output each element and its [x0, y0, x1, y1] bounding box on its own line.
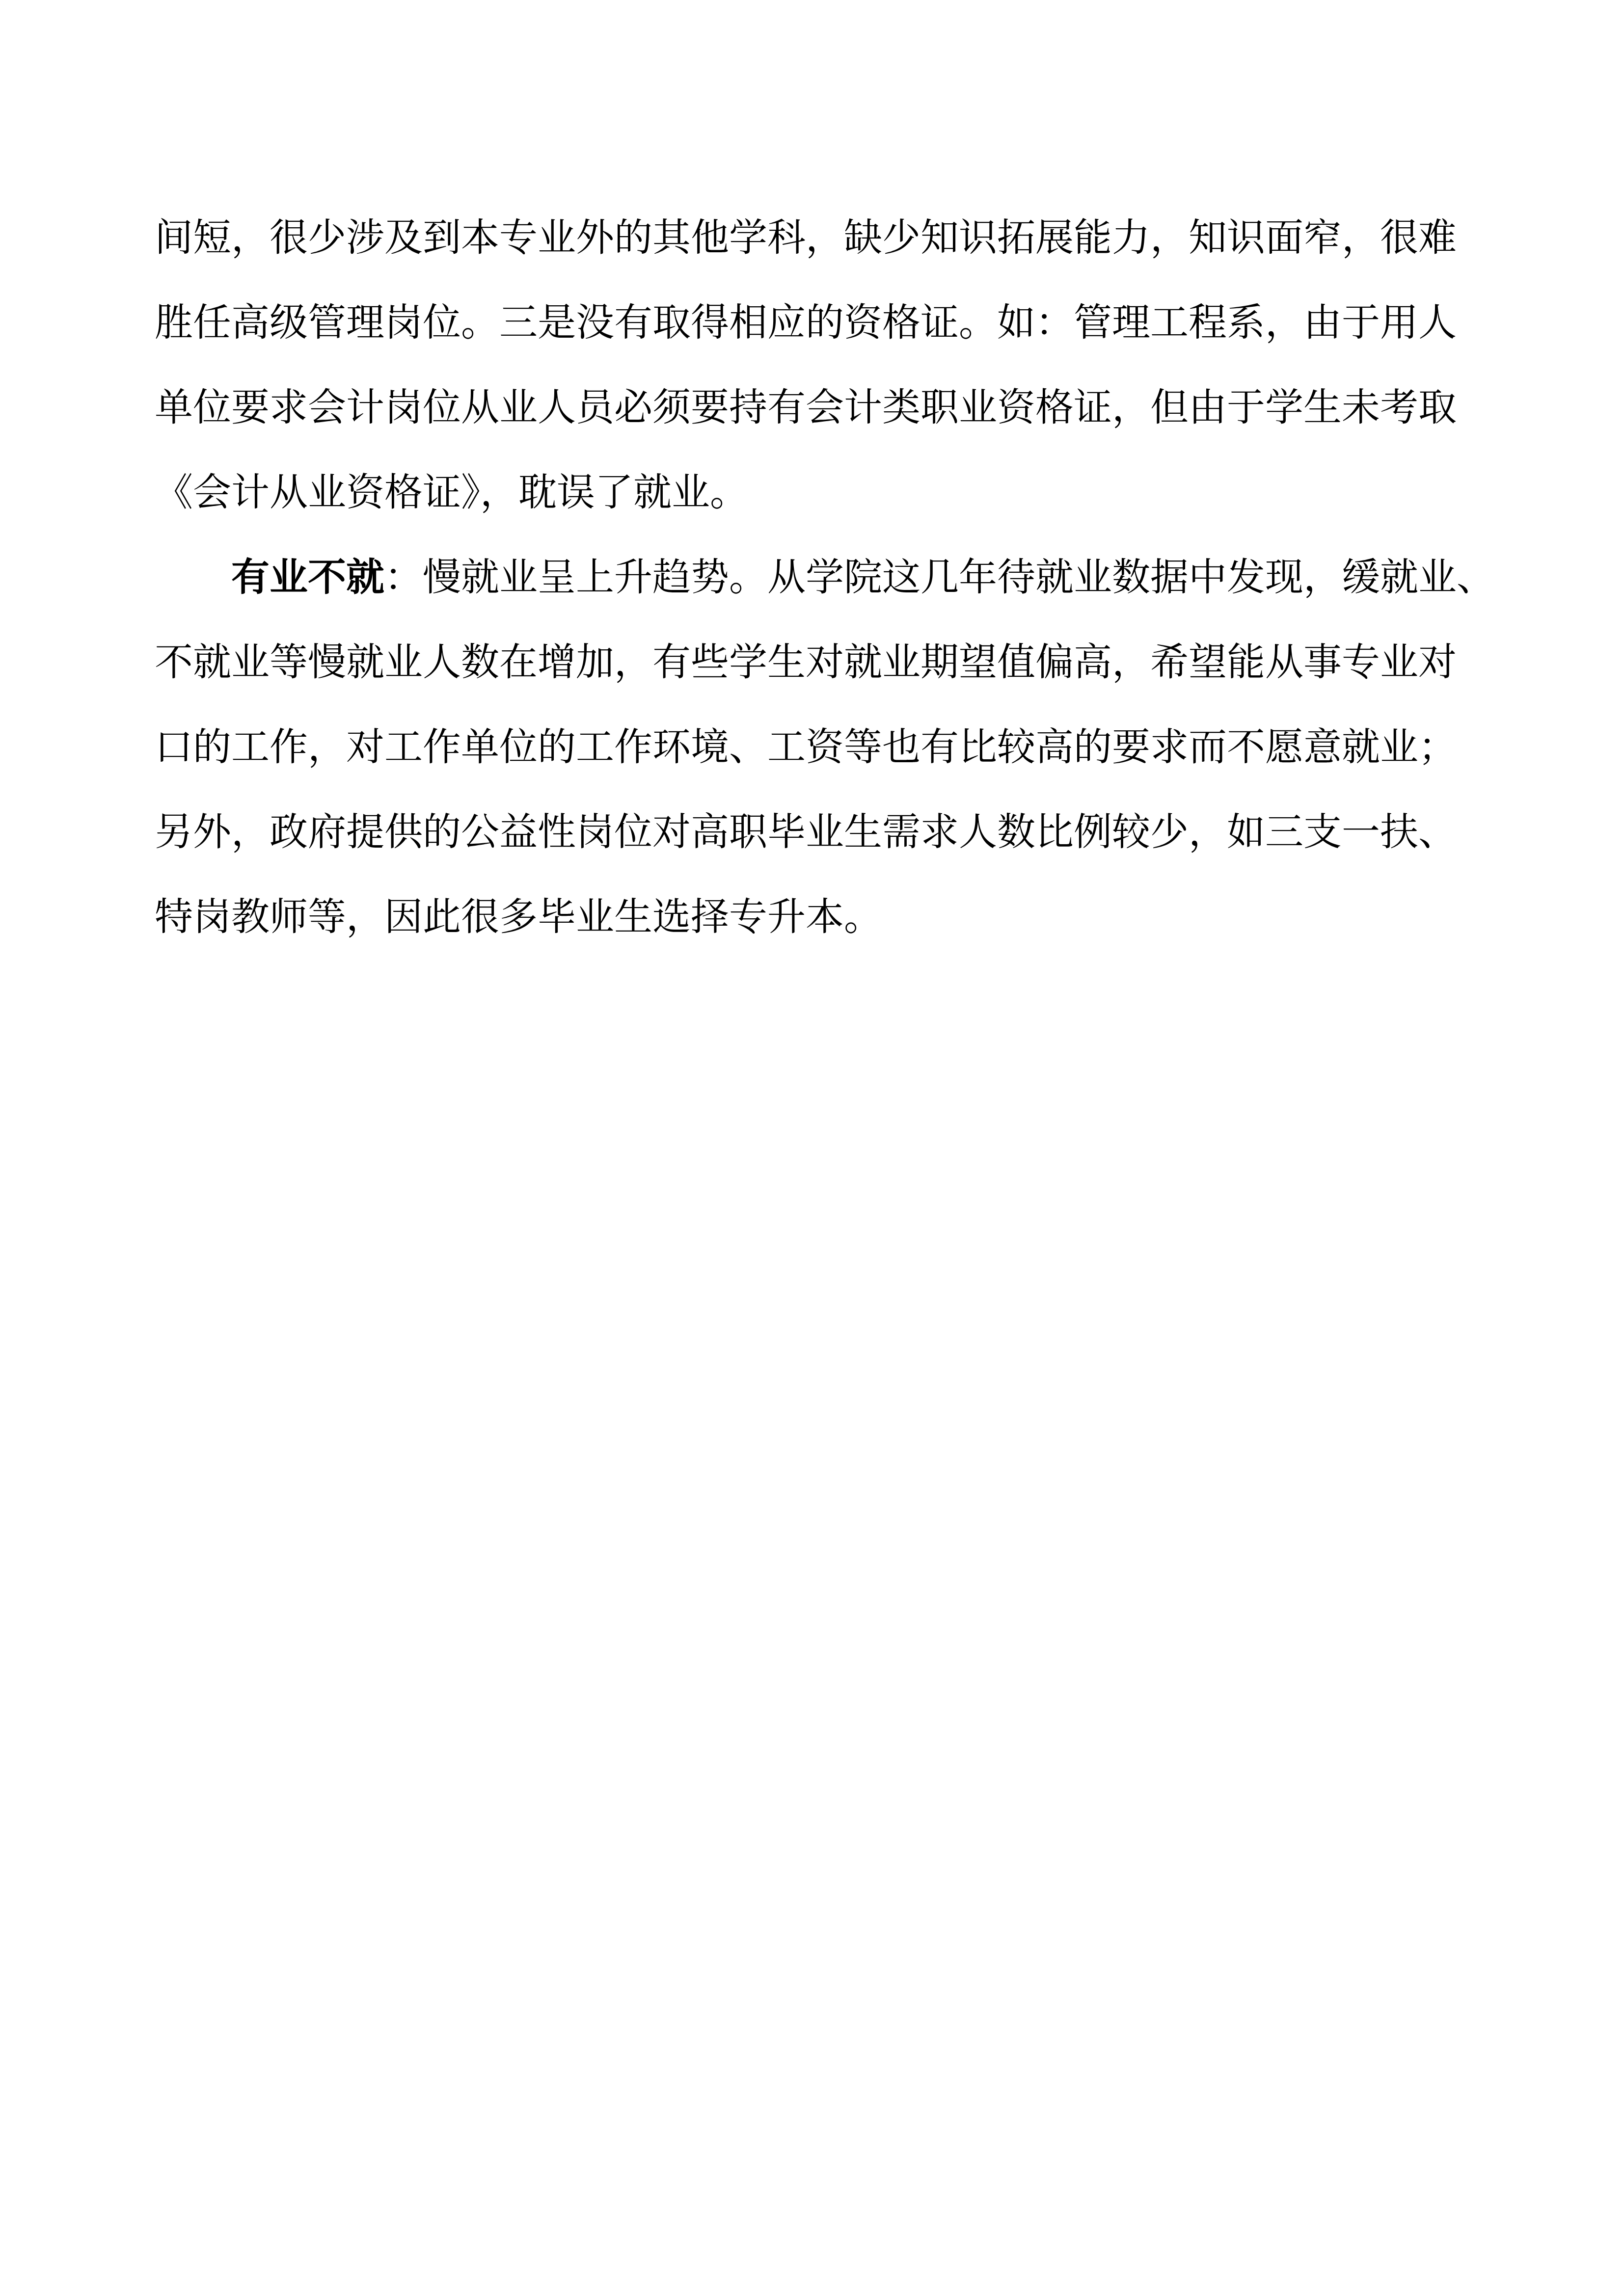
paragraph1-line-4: 《会计从业资格证》，耽误了就业。 [155, 450, 1461, 535]
paragraph2-line-5: 特岗教师等，因此很多毕业生选择专升本。 [155, 875, 1461, 960]
paragraph2-line-2: 不就业等慢就业人数在增加，有些学生对就业期望值偏高，希望能从事专业对 [155, 620, 1461, 705]
text-block: 间短，很少涉及到本专业外的其他学科，缺少知识拓展能力，知识面窄，很难 胜任高级管… [155, 195, 1461, 960]
paragraph2-line-4: 另外，政府提供的公益性岗位对高职毕业生需求人数比例较少，如三支一扶、 [155, 790, 1461, 875]
document-page: 间短，很少涉及到本专业外的其他学科，缺少知识拓展能力，知识面窄，很难 胜任高级管… [0, 0, 1624, 2296]
paragraph1-line-1: 间短，很少涉及到本专业外的其他学科，缺少知识拓展能力，知识面窄，很难 [155, 195, 1461, 280]
paragraph1-line-3: 单位要求会计岗位从业人员必须要持有会计类职业资格证，但由于学生未考取 [155, 365, 1461, 450]
paragraph1-line-2: 胜任高级管理岗位。三是没有取得相应的资格证。如：管理工程系，由于用人 [155, 280, 1461, 365]
paragraph2-line-3: 口的工作，对工作单位的工作环境、工资等也有比较高的要求而不愿意就业； [155, 705, 1461, 790]
paragraph2-bold-lead: 有业不就 [231, 556, 384, 599]
paragraph2-line-1: 有业不就：慢就业呈上升趋势。从学院这几年待就业数据中发现，缓就业、 [155, 535, 1461, 620]
paragraph2-line-1-rest: ：慢就业呈上升趋势。从学院这几年待就业数据中发现，缓就业、 [384, 556, 1495, 599]
